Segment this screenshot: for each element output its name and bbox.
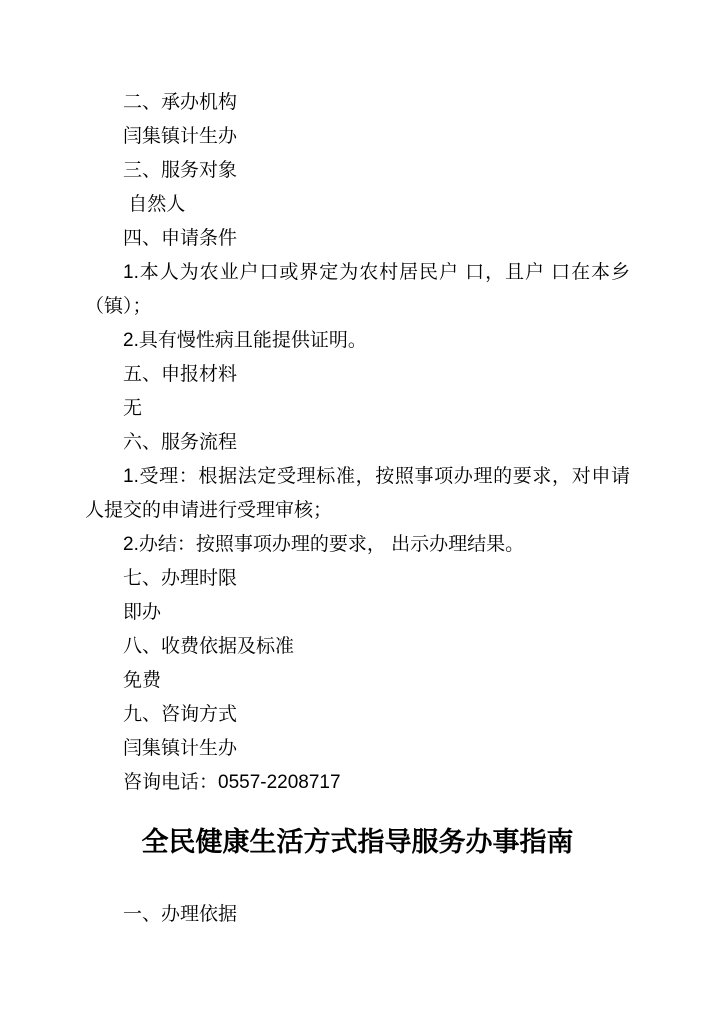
doc-line: 六、服务流程 [85,426,630,460]
doc-line: 闫集镇计生办 [85,120,630,154]
doc-line: 免费 [85,664,630,698]
doc-line: 咨询电话：0557-2208717 [85,766,630,800]
doc-line: 2.具有慢性病且能提供证明。 [85,324,630,358]
doc-line: 五、申报材料 [85,358,630,392]
doc-line: 1.本人为农业户口或界定为农村居民户 口，且户 口在本乡 [85,256,630,290]
document-page: 二、承办机构 闫集镇计生办 三、服务对象 自然人 四、申请条件 1.本人为农业户… [0,0,715,1011]
doc-line: 九、咨询方式 [85,698,630,732]
doc-line: 人提交的申请进行受理审核； [85,494,630,528]
doc-line: 一、办理依据 [85,898,630,932]
doc-line: 闫集镇计生办 [85,732,630,766]
doc-line: 2.办结：按照事项办理的要求， 出示办理结果。 [85,528,630,562]
doc-line: 八、收费依据及标准 [85,630,630,664]
doc-line: （镇）； [85,290,630,324]
doc-line: 三、服务对象 [85,154,630,188]
section-title: 全民健康生活方式指导服务办事指南 [85,822,630,862]
doc-line: 即办 [85,596,630,630]
doc-line: 二、承办机构 [85,86,630,120]
doc-line: 四、申请条件 [85,222,630,256]
doc-line: 七、办理时限 [85,562,630,596]
doc-line: 1.受理：根据法定受理标准，按照事项办理的要求，对申请 [85,460,630,494]
doc-line: 自然人 [85,188,630,222]
doc-line: 无 [85,392,630,426]
